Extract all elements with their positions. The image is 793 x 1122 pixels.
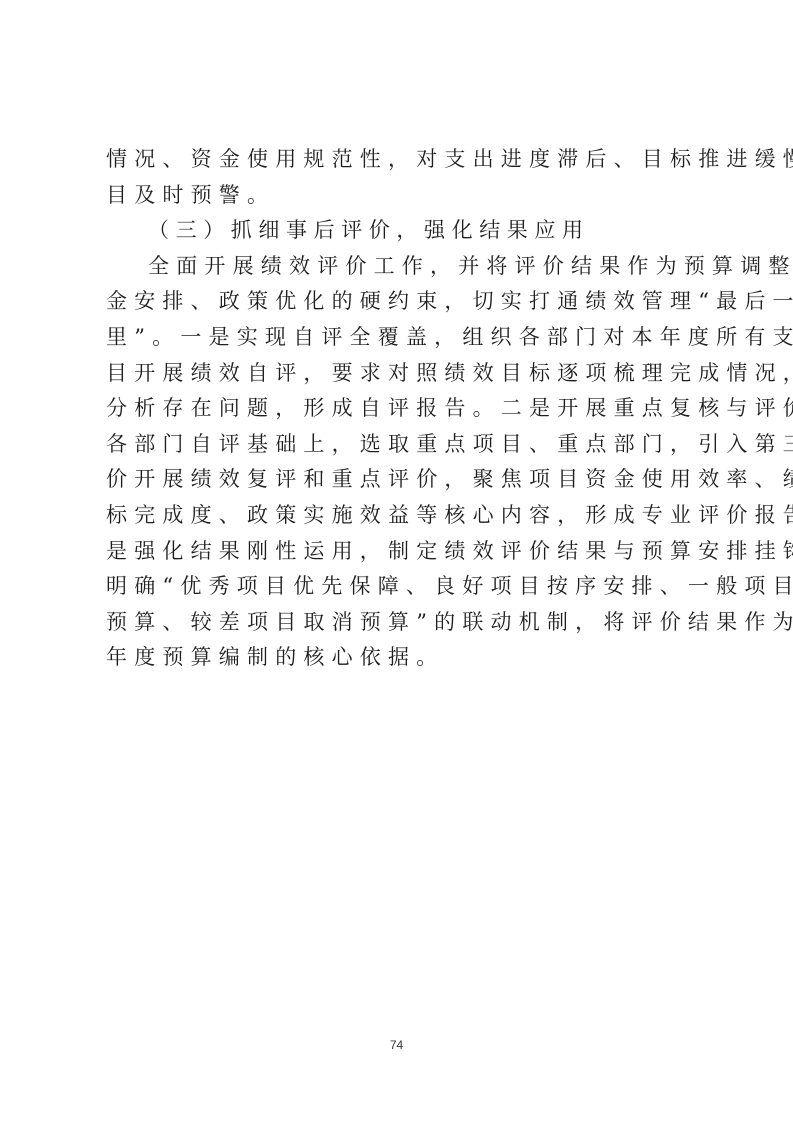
page-number: 74 [0,1038,793,1052]
paragraph-line: 各部门自评基础上，选取重点项目、重点部门，引入第三方评 [106,427,686,463]
paragraph-line: 分析存在问题，形成自评报告。二是开展重点复核与评价，在 [106,391,686,427]
paragraph-line: 目及时预警。 [106,178,686,214]
paragraph-line: 金安排、政策优化的硬约束，切实打通绩效管理“最后一公 [106,284,686,320]
paragraph-line: 年度预算编制的核心依据。 [106,640,686,676]
paragraph-line: 明确“优秀项目优先保障、良好项目按序安排、一般项目压减 [106,569,686,605]
paragraph-line: 价开展绩效复评和重点评价，聚焦项目资金使用效率、绩效目 [106,462,686,498]
paragraph-line: 标完成度、政策实施效益等核心内容，形成专业评价报告。三 [106,498,686,534]
paragraph-line: 预算、较差项目取消预算”的联动机制，将评价结果作为下一 [106,605,686,641]
paragraph-line: 全面开展绩效评价工作，并将评价结果作为预算调整、资 [106,249,686,285]
body-text: 情况、资金使用规范性，对支出进度滞后、目标推进缓慢的项 目及时预警。 （三）抓细… [106,142,686,676]
paragraph-line: 目开展绩效自评，要求对照绩效目标逐项梳理完成情况，客观 [106,356,686,392]
paragraph-line: 是强化结果刚性运用，制定绩效评价结果与预算安排挂钩办法， [106,534,686,570]
paragraph-line: 里”。一是实现自评全覆盖，组织各部门对本年度所有支出项 [106,320,686,356]
document-page: 情况、资金使用规范性，对支出进度滞后、目标推进缓慢的项 目及时预警。 （三）抓细… [0,0,793,1122]
paragraph-line: 情况、资金使用规范性，对支出进度滞后、目标推进缓慢的项 [106,142,686,178]
section-heading: （三）抓细事后评价，强化结果应用 [106,213,686,249]
